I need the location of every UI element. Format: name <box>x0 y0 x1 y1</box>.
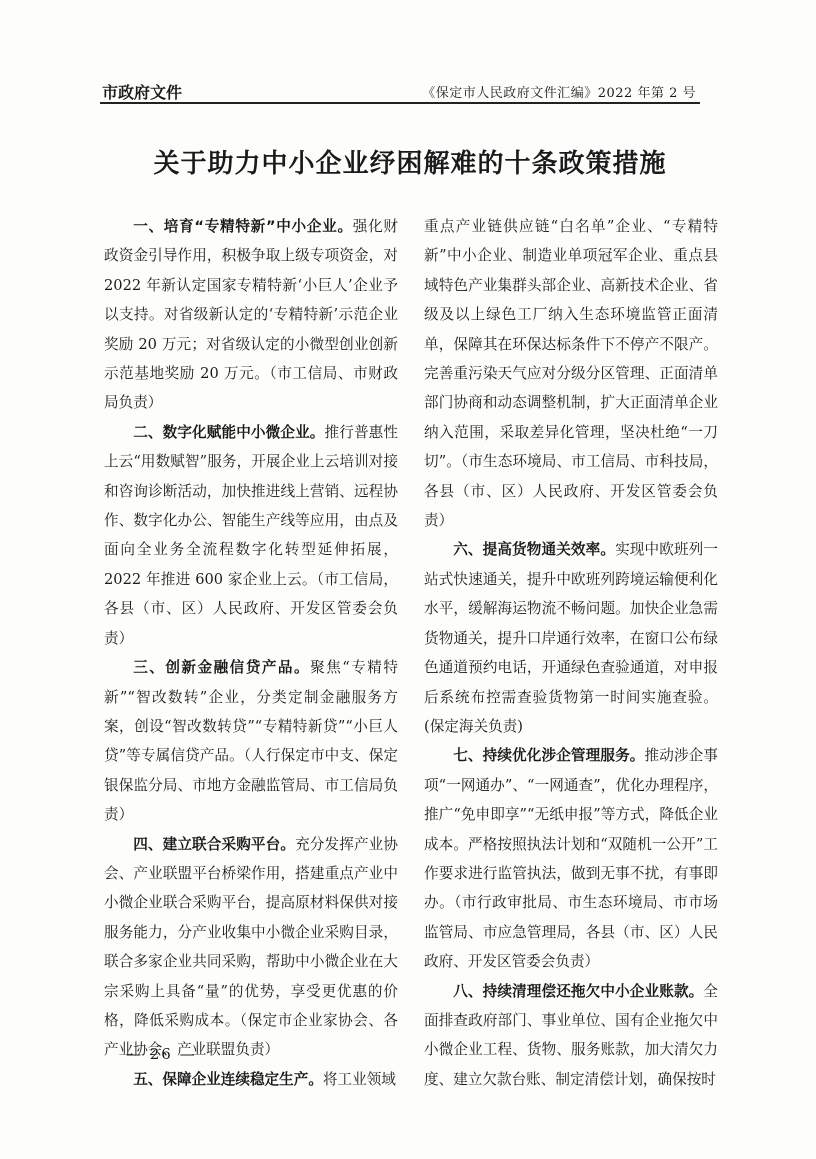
policy-item-5-continued: 重点产业链供应链“白名单”企业、“专精特新”中小企业、制造业单项冠军企业、重点县… <box>424 212 718 535</box>
policy-body: 推行普惠性上云“用数赋智”服务，开展企业上云培训对接和咨询诊断活动，加快推进线上… <box>104 424 398 647</box>
right-column: 重点产业链供应链“白名单”企业、“专精特新”中小企业、制造业单项冠军企业、重点县… <box>424 212 718 1094</box>
header-section-label: 市政府文件 <box>102 80 182 103</box>
header-publication: 《保定市人民政府文件汇编》2022 年第 2 号 <box>422 82 696 101</box>
policy-item-4: 四、建立联合采购平台。充分发挥产业协会、产业联盟平台桥梁作用，搭建重点产业中小微… <box>104 830 398 1065</box>
policy-body: 实现中欧班列一站式快速通关，提升中欧班列跨境运输便利化水平，缓解海运物流不畅问题… <box>424 541 718 734</box>
policy-heading: 五、保障企业连续稳定生产。 <box>133 1071 323 1088</box>
policy-item-3: 三、创新金融信贷产品。聚焦“专精特新”“智改数转”企业，分类定制金融服务方案，创… <box>104 653 398 829</box>
policy-heading: 二、数字化赋能中小微企业。 <box>133 424 324 441</box>
policy-heading: 三、创新金融信贷产品。 <box>133 659 310 676</box>
policy-heading: 一、培育“专精特新”中小企业。 <box>133 218 353 235</box>
policy-heading: 八、持续清理偿还拖欠中小企业账款。 <box>453 983 703 1000</box>
policy-heading: 六、提高货物通关效率。 <box>453 541 615 558</box>
policy-body: 强化财政资金引导作用，积极争取上级专项资金，对 2022 年新认定国家专精特新‘… <box>104 218 398 411</box>
left-column: 一、培育“专精特新”中小企业。强化财政资金引导作用，积极争取上级专项资金，对 2… <box>104 212 398 1094</box>
policy-item-5: 五、保障企业连续稳定生产。将工业领域 <box>104 1065 398 1094</box>
policy-heading: 七、持续优化涉企管理服务。 <box>453 747 644 764</box>
policy-item-7: 七、持续优化涉企管理服务。推动涉企事项“一网通办”、“一网通查”，优化办理程序，… <box>424 741 718 976</box>
policy-body: 充分发挥产业协会、产业联盟平台桥梁作用，搭建重点产业中小微企业联合采购平台，提高… <box>104 836 398 1059</box>
policy-item-6: 六、提高货物通关效率。实现中欧班列一站式快速通关，提升中欧班列跨境运输便利化水平… <box>424 535 718 741</box>
policy-body: 聚焦“专精特新”“智改数转”企业，分类定制金融服务方案，创设“智改数转贷”“专精… <box>104 659 398 823</box>
policy-body: 将工业领域 <box>323 1071 396 1088</box>
policy-body: 推动涉企事项“一网通办”、“一网通查”，优化办理程序，推广“免申即享”“无纸申报… <box>424 747 718 970</box>
policy-item-8: 八、持续清理偿还拖欠中小企业账款。全面排查政府部门、事业单位、国有企业拖欠中小微… <box>424 977 718 1095</box>
page-number: — 26 — <box>126 1045 197 1063</box>
policy-heading: 四、建立联合采购平台。 <box>133 836 295 853</box>
running-header: 市政府文件 《保定市人民政府文件汇编》2022 年第 2 号 <box>100 80 700 104</box>
document-title: 关于助力中小企业纾困解难的十条政策措施 <box>100 143 720 180</box>
policy-item-1: 一、培育“专精特新”中小企业。强化财政资金引导作用，积极争取上级专项资金，对 2… <box>104 212 398 418</box>
policy-item-2: 二、数字化赋能中小微企业。推行普惠性上云“用数赋智”服务，开展企业上云培训对接和… <box>104 418 398 653</box>
